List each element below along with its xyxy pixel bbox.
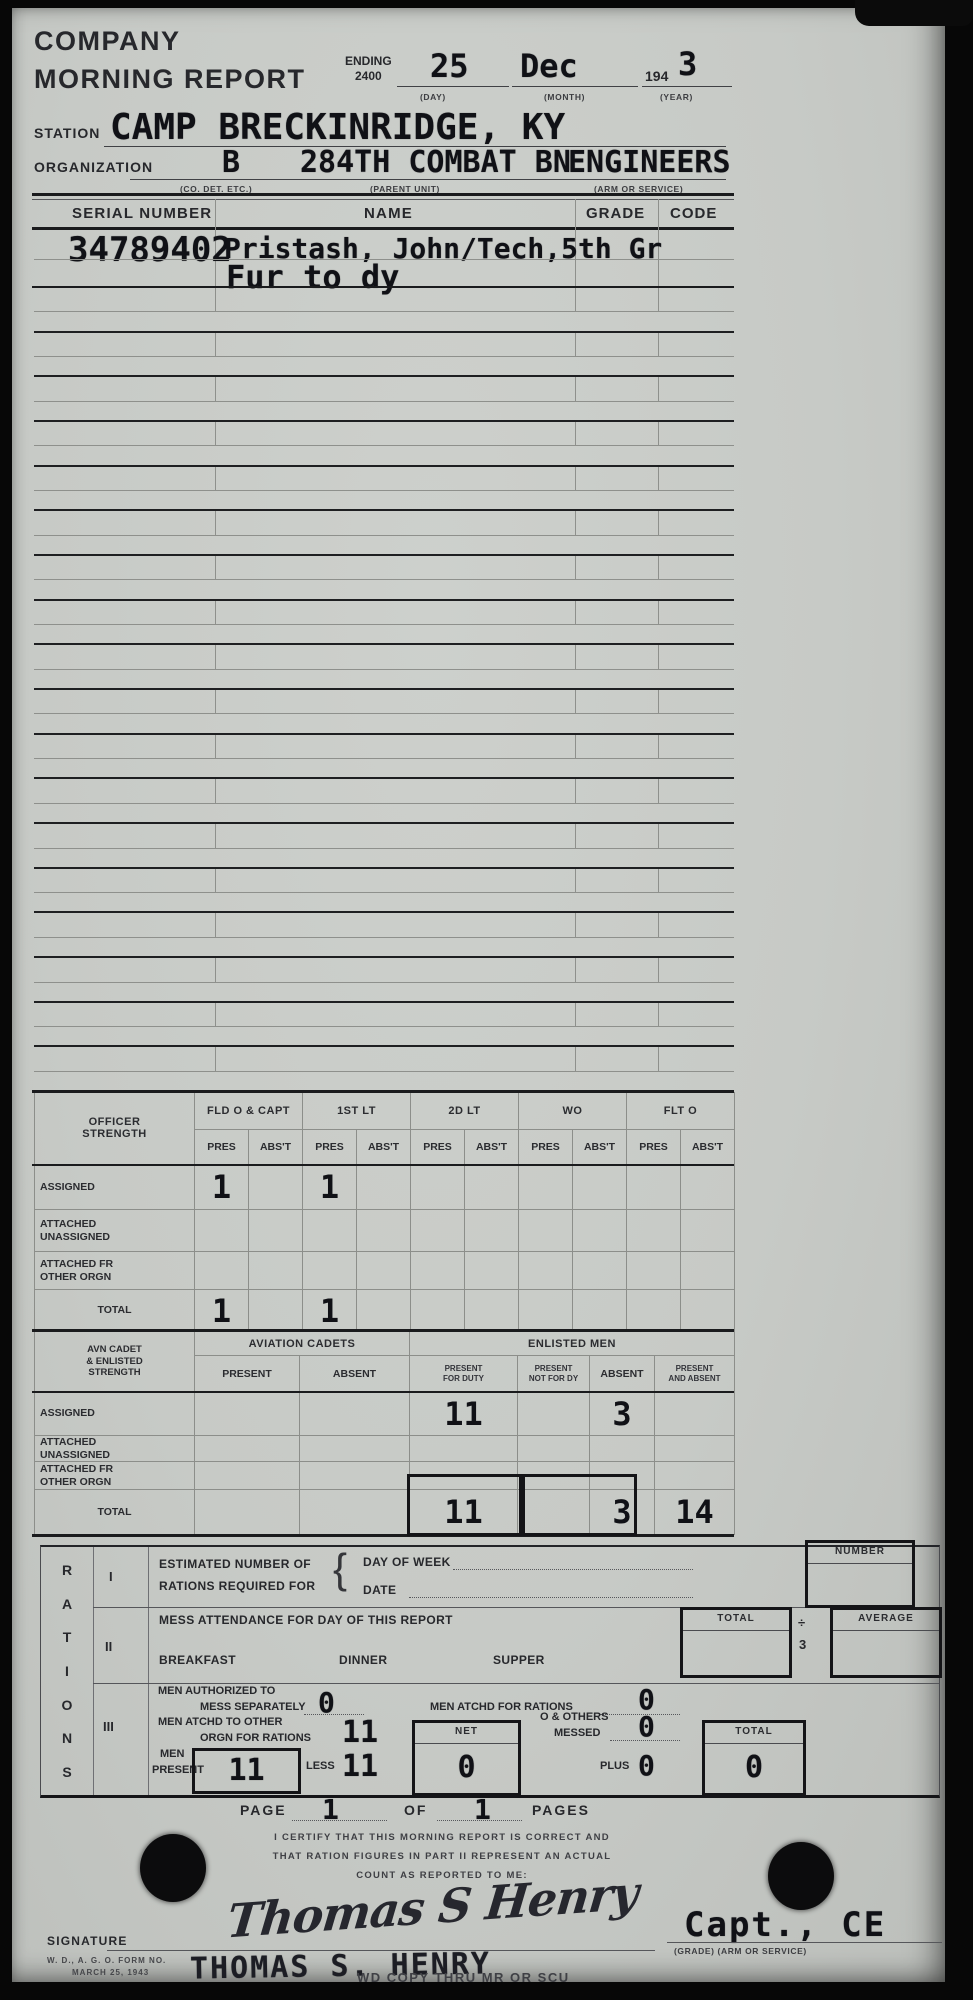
enlisted-top-rule <box>32 1329 734 1332</box>
officer-cell <box>681 1252 735 1290</box>
rations-letters-divider <box>93 1547 94 1795</box>
rations-vertical-label: RA TI ON S <box>41 1547 93 1795</box>
officer-cell <box>249 1252 303 1290</box>
officer-top-rule <box>32 1090 734 1093</box>
stamp-copy-routing: WD COPY THRU MR OR SCU <box>357 1970 570 1985</box>
roster-empty-block <box>34 1047 734 1092</box>
mess-attendance-title: MESS ATTENDANCE FOR DAY OF THIS REPORT <box>159 1613 453 1627</box>
officer-cell <box>681 1210 735 1252</box>
roster-empty-block <box>34 913 734 958</box>
enlisted-cell <box>300 1490 410 1535</box>
o-and-others-line1: O & OTHERS <box>540 1711 608 1723</box>
men-atchd-other-line2: ORGN FOR RATIONS <box>200 1732 311 1744</box>
officer-cell <box>357 1165 411 1210</box>
officer-group-1st-lt: 1ST LT <box>303 1092 411 1130</box>
officer-cell <box>573 1210 627 1252</box>
roster-empty-block <box>34 556 734 601</box>
rations-total-value: 0 <box>705 1753 803 1783</box>
enlisted-cell <box>655 1462 735 1490</box>
cadets-col-present: PRESENT <box>195 1356 300 1392</box>
men-authorized-line2: MESS SEPARATELY <box>200 1701 306 1713</box>
officer-cell <box>519 1290 573 1332</box>
rations-brace: { <box>333 1545 347 1593</box>
less-label: LESS <box>306 1760 335 1772</box>
station-value: CAMP BRECKINRIDGE, KY <box>110 110 565 146</box>
punch-hole-left <box>140 1834 206 1902</box>
enlisted-cell <box>195 1490 300 1535</box>
officer-cell <box>627 1290 681 1332</box>
men-authorized-line1: MEN AUTHORIZED TO <box>158 1685 275 1697</box>
officer-cell: 1 <box>303 1165 357 1210</box>
officer-cell <box>519 1210 573 1252</box>
officer-cell <box>573 1290 627 1332</box>
ending-2400-label: ENDING 2400 <box>345 54 392 84</box>
officer-subcol-abst: ABS'T <box>357 1130 411 1165</box>
enlisted-cell <box>410 1436 518 1462</box>
page-label: PAGE <box>240 1802 287 1818</box>
officer-cell <box>573 1165 627 1210</box>
officer-cell <box>357 1290 411 1332</box>
officer-cell <box>303 1252 357 1290</box>
less-value: 11 <box>342 1752 378 1782</box>
officer-subcol-pres: PRES <box>519 1130 573 1165</box>
roster-empty-block <box>34 467 734 512</box>
enlisted-cell <box>655 1436 735 1462</box>
officer-cell <box>465 1290 519 1332</box>
officer-cell <box>249 1290 303 1332</box>
form-paper: COMPANY MORNING REPORT ENDING 2400 25 (D… <box>12 8 945 1982</box>
officer-subcol-abst: ABS'T <box>249 1130 303 1165</box>
grade-sublabel: (GRADE) (ARM OR SERVICE) <box>674 1946 807 1956</box>
officer-cell <box>411 1165 465 1210</box>
rations-numeral-3: III <box>103 1719 114 1734</box>
of-label: OF <box>404 1802 427 1818</box>
enlisted-cell <box>195 1462 300 1490</box>
scan-edge-blob <box>855 0 973 26</box>
roster-empty-block <box>34 958 734 1003</box>
divide-by-three: 3 <box>799 1637 806 1652</box>
officer-cell <box>249 1165 303 1210</box>
total-present-not-for-duty-box <box>519 1474 637 1536</box>
year-value: 3 <box>678 48 697 80</box>
organization-underline <box>130 179 726 180</box>
men-atchd-other-line1: MEN ATCHD TO OTHER <box>158 1716 282 1728</box>
day-value: 25 <box>430 50 469 82</box>
enlisted-col-absent: ABSENT <box>590 1356 655 1392</box>
officer-cell <box>411 1210 465 1252</box>
officer-subcol-pres: PRES <box>303 1130 357 1165</box>
enlisted-cell <box>300 1436 410 1462</box>
enlisted-col-present-not-for-dy: PRESENT NOT FOR DY <box>518 1356 590 1392</box>
date-line <box>409 1597 693 1598</box>
men-present-line1: MEN <box>160 1748 184 1760</box>
officer-cell <box>249 1210 303 1252</box>
rations-numeral-1: I <box>109 1569 113 1584</box>
roster-empty-block <box>34 645 734 690</box>
officer-cell <box>195 1210 249 1252</box>
officer-cell <box>519 1252 573 1290</box>
enlisted-cell <box>655 1392 735 1436</box>
roster-empty-block <box>34 288 734 333</box>
officer-cell: 1 <box>303 1290 357 1332</box>
station-label: STATION <box>34 125 100 141</box>
officer-strength-header: OFFICER STRENGTH <box>35 1092 195 1165</box>
officer-cell <box>465 1210 519 1252</box>
officer-cell: 1 <box>195 1165 249 1210</box>
month-sublabel: (MONTH) <box>544 92 585 102</box>
organization-label: ORGANIZATION <box>34 159 153 175</box>
scanned-morning-report: { "header": { "title_line1": "COMPANY", … <box>0 0 973 2000</box>
officer-cell <box>681 1290 735 1332</box>
rations-sec2-rule <box>93 1683 939 1684</box>
plus-value: 0 <box>638 1752 655 1780</box>
signature-label: SIGNATURE <box>47 1934 128 1948</box>
officer-cell <box>357 1210 411 1252</box>
year-sublabel: (YEAR) <box>660 92 693 102</box>
enlisted-cell <box>195 1392 300 1436</box>
enlisted-row-label-total: TOTAL <box>35 1490 195 1535</box>
day-underline <box>397 86 509 87</box>
enlisted-strength-header: AVN CADET & ENLISTED STRENGTH <box>35 1332 195 1392</box>
roster-empty-block <box>34 377 734 422</box>
organization-company: B <box>222 148 240 178</box>
month-value: Dec <box>520 50 578 82</box>
officer-subcol-abst: ABS'T <box>465 1130 519 1165</box>
enlisted-cell: 3 <box>590 1392 655 1436</box>
officer-group-fldo-capt: FLD O & CAPT <box>195 1092 303 1130</box>
group-enlisted-men: ENLISTED MEN <box>410 1332 735 1356</box>
officer-subcol-pres: PRES <box>411 1130 465 1165</box>
roster-empty-rows <box>34 288 734 1092</box>
officer-cell <box>519 1165 573 1210</box>
certify-line1: I CERTIFY THAT THIS MORNING REPORT IS CO… <box>162 1828 722 1847</box>
officer-cell <box>681 1165 735 1210</box>
roster-empty-block <box>34 333 734 378</box>
average-box: AVERAGE <box>830 1607 942 1678</box>
men-atchd-other-value: 11 <box>342 1718 378 1748</box>
officer-cell: 1 <box>195 1290 249 1332</box>
punch-hole-right <box>768 1842 834 1910</box>
form-number-line2: MARCH 25, 1943 <box>72 1968 149 1977</box>
enlisted-header-rule <box>32 1391 734 1393</box>
officer-group-wo: WO <box>519 1092 627 1130</box>
year-underline <box>642 86 732 87</box>
enlisted-cell <box>300 1462 410 1490</box>
officer-group-flt-o: FLT O <box>627 1092 735 1130</box>
number-box: NUMBER <box>805 1540 915 1608</box>
breakfast-label: BREAKFAST <box>159 1653 236 1667</box>
organization-parent-unit: 284TH COMBAT BN <box>300 148 571 178</box>
enlisted-cell: 11 <box>410 1392 518 1436</box>
rations-numeral-divider <box>148 1547 149 1795</box>
men-present-value: 11 <box>195 1756 298 1786</box>
officer-subcol-pres: PRES <box>627 1130 681 1165</box>
officer-cell <box>465 1252 519 1290</box>
officer-cell <box>627 1165 681 1210</box>
roster-empty-block <box>34 735 734 780</box>
enlisted-cell <box>518 1392 590 1436</box>
form-title-line2: MORNING REPORT <box>34 64 306 95</box>
o-and-others-value: 0 <box>638 1713 655 1741</box>
officer-cell <box>627 1210 681 1252</box>
month-underline <box>512 86 638 87</box>
rations-numeral-2: II <box>105 1639 112 1654</box>
page-line <box>292 1820 387 1821</box>
year-prefix: 194 <box>645 68 668 84</box>
rations-total-box: TOTAL 0 <box>702 1720 806 1796</box>
roster-top-rule <box>32 193 734 196</box>
day-of-week-label: DAY OF WEEK <box>363 1555 451 1569</box>
day-of-week-line <box>453 1569 693 1570</box>
form-number-line1: W. D., A. G. O. FORM NO. <box>47 1956 166 1965</box>
enlisted-col-present-for-duty: PRESENT FOR DUTY <box>410 1356 518 1392</box>
officer-subcol-pres: PRES <box>195 1130 249 1165</box>
roster-empty-block <box>34 869 734 914</box>
mess-total-box: TOTAL <box>680 1607 792 1678</box>
roster-entry-serial: 34789402 <box>68 233 232 267</box>
net-box: NET 0 <box>412 1720 521 1796</box>
officer-cell <box>627 1252 681 1290</box>
roster-empty-block <box>34 824 734 869</box>
mess-separately-value: 0 <box>318 1689 335 1717</box>
certify-line2: THAT RATION FIGURES IN PART II REPRESENT… <box>162 1847 722 1866</box>
officer-row-label: ATTACHED UNASSIGNED <box>35 1210 195 1252</box>
officer-row-label-total: TOTAL <box>35 1290 195 1332</box>
officer-cell <box>357 1252 411 1290</box>
net-value: 0 <box>415 1753 518 1783</box>
enlisted-cell <box>590 1436 655 1462</box>
officer-cell <box>573 1252 627 1290</box>
officer-row-label: ATTACHED FR OTHER ORGN <box>35 1252 195 1290</box>
divide-sign: ÷ <box>798 1615 805 1630</box>
pages-label: PAGES <box>532 1802 590 1818</box>
enlisted-col-present-and-absent: PRESENT AND ABSENT <box>655 1356 735 1392</box>
officer-strength-table: OFFICER STRENGTH FLD O & CAPT 1ST LT 2D … <box>34 1092 735 1332</box>
enlisted-row-label: ASSIGNED <box>35 1392 195 1436</box>
roster-empty-block <box>34 422 734 467</box>
o-and-others-line2: MESSED <box>554 1727 600 1739</box>
officer-row-label: ASSIGNED <box>35 1165 195 1210</box>
enlisted-cell: 14 <box>655 1490 735 1535</box>
officer-subcol-abst: ABS'T <box>681 1130 735 1165</box>
men-present-box: 11 <box>192 1748 301 1794</box>
date-label: DATE <box>363 1583 396 1597</box>
officer-cell <box>195 1252 249 1290</box>
grade-line <box>667 1942 942 1943</box>
enlisted-row-label: ATTACHED FR OTHER ORGN <box>35 1462 195 1490</box>
roster-empty-block <box>34 601 734 646</box>
officer-header-rule <box>32 1164 734 1166</box>
group-aviation-cadets: AVIATION CADETS <box>195 1332 410 1356</box>
roster-empty-block <box>34 511 734 556</box>
rations-estimated-line2: RATIONS REQUIRED FOR <box>159 1579 315 1593</box>
day-sublabel: (DAY) <box>420 92 446 102</box>
enlisted-cell <box>195 1436 300 1462</box>
officer-cell <box>411 1252 465 1290</box>
form-title-line1: COMPANY <box>34 26 181 57</box>
enlisted-cell <box>300 1392 410 1436</box>
organization-arm-service: ENGINEERS <box>568 148 731 178</box>
enlisted-cell <box>518 1436 590 1462</box>
dinner-label: DINNER <box>339 1653 387 1667</box>
officer-subcol-abst: ABS'T <box>573 1130 627 1165</box>
officer-cell <box>303 1210 357 1252</box>
officer-cell <box>465 1165 519 1210</box>
cadets-col-absent: ABSENT <box>300 1356 410 1392</box>
plus-label: PLUS <box>600 1760 629 1772</box>
supper-label: SUPPER <box>493 1653 545 1667</box>
officer-cell <box>411 1290 465 1332</box>
enlisted-row-label: ATTACHED UNASSIGNED <box>35 1436 195 1462</box>
rations-estimated-line1: ESTIMATED NUMBER OF <box>159 1557 311 1571</box>
roster-empty-block <box>34 690 734 735</box>
pages-line <box>437 1820 522 1821</box>
total-present-for-duty-box <box>407 1474 525 1536</box>
roster-empty-block <box>34 1003 734 1048</box>
roster-empty-block <box>34 779 734 824</box>
grade-value: Capt., CE <box>684 1908 886 1942</box>
officer-group-2d-lt: 2D LT <box>411 1092 519 1130</box>
